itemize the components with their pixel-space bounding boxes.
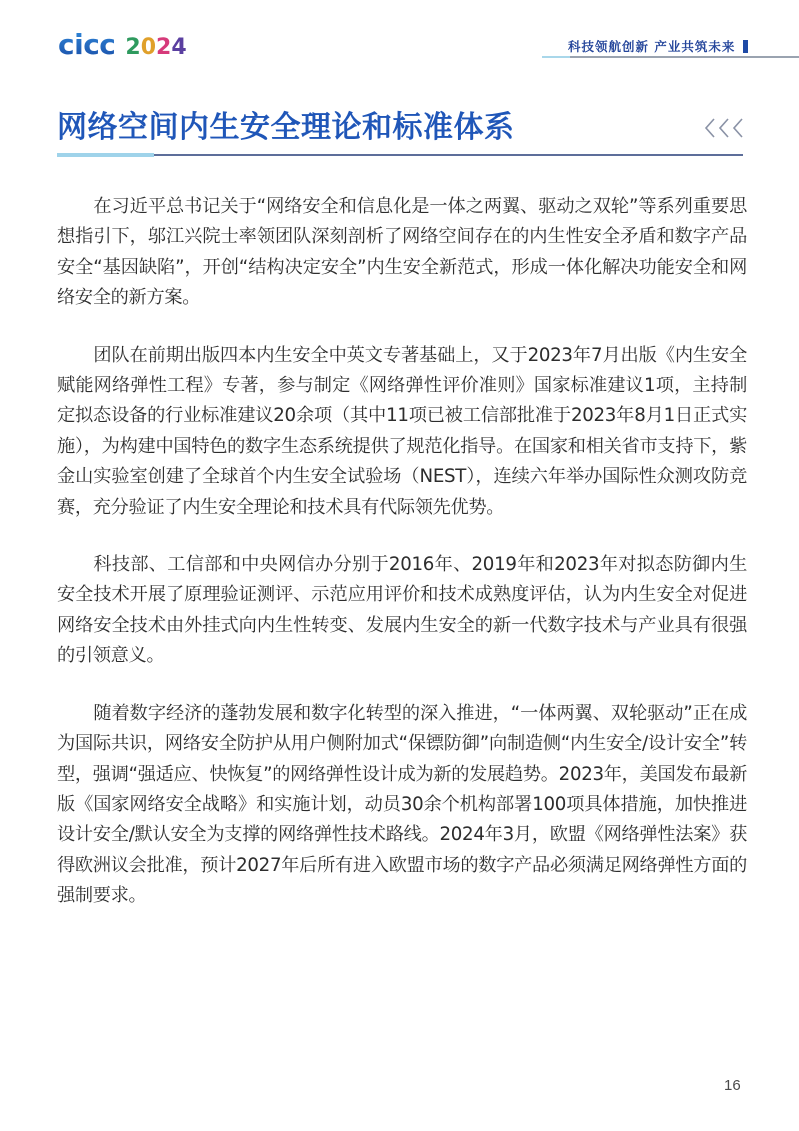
triple-chevron-left-icon bbox=[704, 117, 744, 139]
chevron-left-icon bbox=[718, 117, 730, 139]
article-body: 在习近平总书记关于“网络安全和信息化是一体之两翼、驱动之双轮”等系列重要思想指引… bbox=[57, 192, 747, 939]
chevron-left-icon bbox=[704, 117, 716, 139]
page-title: 网络空间内生安全理论和标准体系 bbox=[57, 108, 515, 148]
cicc-2024-logo: cicc 2 0 2 4 bbox=[58, 30, 187, 60]
logo-year-digit: 2 bbox=[125, 33, 140, 63]
logo-year-digit: 0 bbox=[141, 33, 156, 63]
logo-brand: cicc bbox=[58, 30, 115, 60]
header-marker-block bbox=[743, 40, 748, 53]
header-slogan-text: 科技领航创新 产业共筑未来 bbox=[568, 37, 735, 55]
paragraph: 科技部、工信部和中央网信办分别于2016年、2019年和2023年对拟态防御内生… bbox=[57, 550, 747, 672]
logo-year-digit: 2 bbox=[156, 33, 171, 63]
paragraph: 在习近平总书记关于“网络安全和信息化是一体之两翼、驱动之双轮”等系列重要思想指引… bbox=[57, 192, 747, 314]
chevron-left-icon bbox=[732, 117, 744, 139]
logo-year: 2 0 2 4 bbox=[125, 33, 186, 63]
title-underline bbox=[57, 154, 743, 156]
paragraph: 随着数字经济的蓬勃发展和数字化转型的深入推进，“一体两翼、双轮驱动”正在成为国际… bbox=[57, 699, 747, 912]
header-slogan: 科技领航创新 产业共筑未来 bbox=[568, 37, 748, 55]
paragraph: 团队在前期出版四本内生安全中英文专著基础上，又于2023年7月出版《内生安全赋能… bbox=[57, 341, 747, 523]
logo-year-digit: 4 bbox=[171, 33, 186, 63]
page-number: 16 bbox=[724, 1077, 741, 1094]
header-divider bbox=[542, 56, 799, 58]
